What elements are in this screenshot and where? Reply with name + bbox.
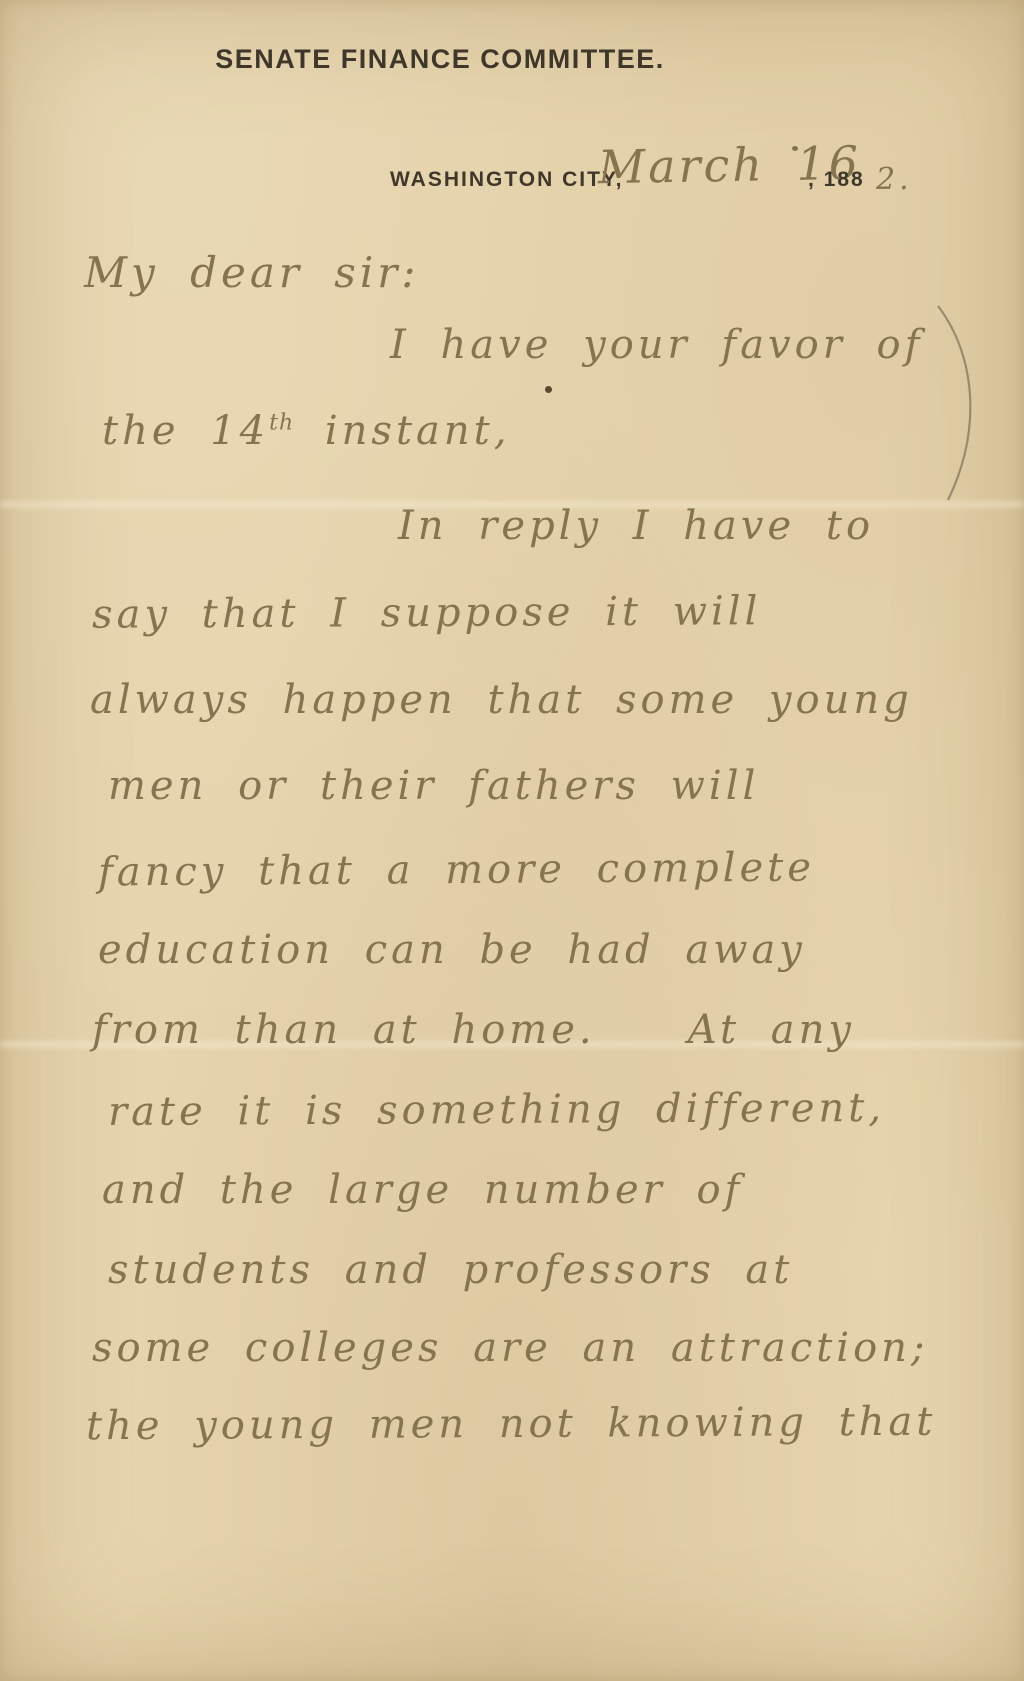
body-line: students and professors at <box>108 1247 793 1293</box>
body-line: education can be had away <box>98 927 806 973</box>
paper-speck <box>545 386 552 393</box>
letter-page: SENATE FINANCE COMMITTEE. WASHINGTON CIT… <box>0 0 1024 1681</box>
body-line: say that I suppose it will <box>92 588 762 638</box>
page-curl-mark <box>924 298 994 508</box>
body-line: from than at home. At any <box>92 1007 855 1053</box>
body-line-opening-2-post: instant, <box>294 408 510 454</box>
handwritten-year-digit: 2. <box>876 162 913 197</box>
ordinal-superscript: th <box>269 411 294 436</box>
letterhead-place-label: WASHINGTON CITY, <box>390 168 623 192</box>
letterhead-year-prefix: , 188 <box>808 168 865 192</box>
body-line: and the large number of <box>102 1167 743 1213</box>
body-line-reply-indent: In reply I have to <box>398 503 874 549</box>
letterhead-committee-title: SENATE FINANCE COMMITTEE. <box>0 44 880 75</box>
body-line-opening-2-pre: the 14 <box>102 408 269 454</box>
body-line: men or their fathers will <box>108 763 759 809</box>
body-line-opening-2: the 14th instant, <box>102 408 510 454</box>
body-line: always happen that some young <box>90 677 913 723</box>
body-line: fancy that a more complete <box>98 844 815 895</box>
body-line: the young men not knowing that <box>86 1399 937 1449</box>
salutation: My dear sir: <box>84 248 420 297</box>
body-line: some colleges are an attraction; <box>92 1325 928 1371</box>
body-line-opening-1: I have your favor of <box>390 322 923 368</box>
body-line: rate it is something different, <box>108 1085 885 1135</box>
